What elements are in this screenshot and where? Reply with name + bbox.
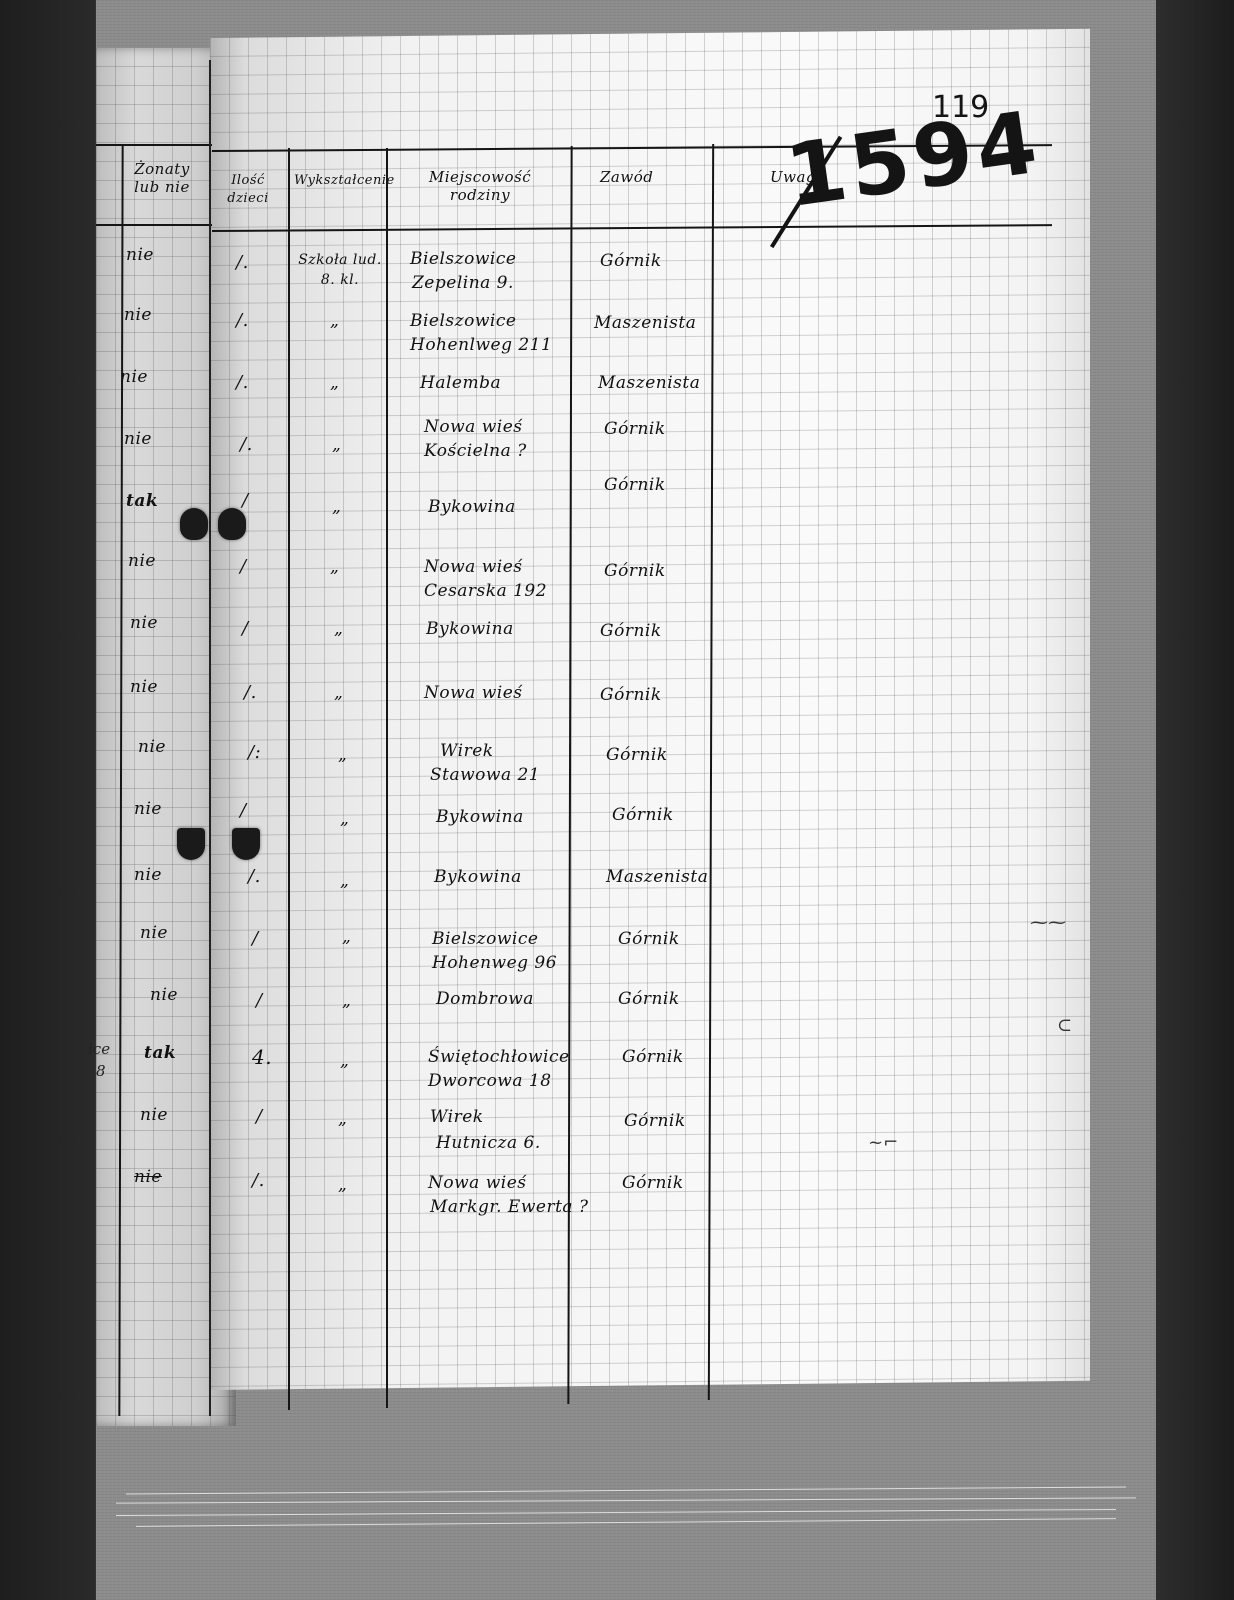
married-cell: tak — [126, 490, 158, 512]
married-cell: tak — [144, 1042, 176, 1064]
header-occupation: Zawód — [600, 168, 653, 186]
ink-doodle: ~⌐ — [868, 1132, 898, 1153]
children-cell: / — [256, 1106, 263, 1127]
married-cell: nie — [134, 1166, 162, 1188]
children-cell: / — [240, 556, 247, 577]
occupation-cell: Górnik — [600, 620, 662, 642]
education-cell: „ — [340, 808, 349, 830]
birthplace-line2: Hutnicza 6. — [436, 1132, 541, 1154]
children-cell: / — [242, 490, 249, 511]
birthplace-line1: Nowa wieś — [424, 682, 522, 704]
header-married: Żonaty lub nie — [122, 160, 202, 196]
education-cell: „ — [338, 744, 347, 766]
occupation-cell: Górnik — [622, 1046, 684, 1068]
education-cell: „ — [330, 310, 339, 332]
birthplace-line2: Kościelna ? — [424, 440, 527, 462]
birthplace-line1: Bielszowice — [432, 928, 538, 950]
birthplace-line1: Bykowina — [426, 618, 514, 640]
back-page-header-top-rule — [96, 144, 212, 146]
punch-hole — [180, 508, 208, 540]
birthplace-line2: Dworcowa 18 — [428, 1070, 552, 1092]
married-cell: nie — [134, 798, 162, 820]
birthplace-line1: Świętochłowice — [428, 1046, 570, 1068]
children-cell: / — [240, 800, 247, 821]
birthplace-line2: Hohenlweg 211 — [410, 334, 552, 356]
children-cell: /. — [236, 310, 249, 331]
children-cell: /. — [244, 682, 257, 703]
married-cell: nie — [140, 922, 168, 944]
married-cell: nie — [128, 550, 156, 572]
children-cell: /. — [252, 1170, 265, 1191]
ink-smudge-mark: ⁓⁓ — [1030, 912, 1066, 933]
birthplace-line1: Bielszowice — [410, 248, 516, 270]
birthplace-line2: Markgr. Ewerta ? — [430, 1196, 589, 1218]
children-cell: /. — [240, 434, 253, 455]
margin-fragment: ice — [88, 1040, 110, 1058]
children-cell: / — [256, 990, 263, 1011]
children-cell: / — [242, 618, 249, 639]
married-cell: nie — [124, 428, 152, 450]
education-cell: „ — [338, 1108, 347, 1130]
birthplace-line1: Dombrowa — [436, 988, 534, 1010]
column-rule-education — [386, 148, 388, 1408]
education-cell: „ — [340, 1050, 349, 1072]
occupation-cell: Górnik — [604, 560, 666, 582]
occupation-cell: Górnik — [600, 684, 662, 706]
married-cell: nie — [124, 304, 152, 326]
punch-hole — [232, 828, 260, 860]
birthplace-line1: Wirek — [430, 1106, 484, 1128]
children-cell: /. — [236, 252, 249, 273]
birthplace-line1: Bykowina — [436, 806, 524, 828]
children-cell: 4. — [252, 1046, 272, 1068]
education-cell: „ — [340, 870, 349, 892]
occupation-cell: Górnik — [618, 988, 680, 1010]
occupation-cell: Górnik — [600, 250, 662, 272]
occupation-cell: Górnik — [612, 804, 674, 826]
children-cell: / — [252, 928, 259, 949]
married-cell: nie — [138, 736, 166, 758]
birthplace-line1: Bykowina — [428, 496, 516, 518]
birthplace-line2: Stawowa 21 — [430, 764, 540, 786]
birthplace-line1: Nowa wieś — [428, 1172, 526, 1194]
back-page-edge-rule — [209, 60, 211, 1416]
occupation-cell: Górnik — [618, 928, 680, 950]
punch-hole — [218, 508, 246, 540]
back-page-header-bottom-rule — [96, 224, 212, 226]
education-cell: „ — [332, 496, 341, 518]
occupation-cell: Górnik — [604, 418, 666, 440]
education-cell: „ — [332, 434, 341, 456]
education-cell: Szkoła lud. 8. kl. — [294, 250, 386, 290]
education-cell: „ — [338, 1174, 347, 1196]
education-cell: „ — [342, 990, 351, 1012]
birthplace-line2: Cesarska 192 — [424, 580, 547, 602]
married-cell: nie — [130, 612, 158, 634]
married-cell: nie — [134, 864, 162, 886]
married-cell: nie — [140, 1104, 168, 1126]
education-cell: „ — [342, 926, 351, 948]
header-children: Ilość dzieci — [218, 172, 278, 208]
header-birthplace: Miejscowość rodziny — [405, 168, 555, 204]
married-cell: nie — [120, 366, 148, 388]
birthplace-line2: Zepelina 9. — [412, 272, 514, 294]
education-cell: „ — [330, 372, 339, 394]
occupation-cell: Górnik — [622, 1172, 684, 1194]
birthplace-line1: Nowa wieś — [424, 556, 522, 578]
birthplace-line1: Nowa wieś — [424, 416, 522, 438]
married-cell: nie — [150, 984, 178, 1006]
occupation-cell: Górnik — [604, 474, 666, 496]
children-cell: /. — [236, 372, 249, 393]
header-education: Wykształcenie — [294, 172, 384, 190]
occupation-cell: Górnik — [606, 744, 668, 766]
birthplace-line1: Bielszowice — [410, 310, 516, 332]
children-cell: /. — [248, 866, 261, 887]
married-cell: nie — [126, 244, 154, 266]
birthplace-line1: Halemba — [420, 372, 501, 394]
occupation-cell: Maszenista — [598, 372, 700, 394]
married-cell: nie — [130, 676, 158, 698]
education-cell: „ — [334, 682, 343, 704]
birthplace-line1: Wirek — [440, 740, 494, 762]
birthplace-line1: Bykowina — [434, 866, 522, 888]
occupation-cell: Maszenista — [594, 312, 696, 334]
column-rule-children — [288, 148, 290, 1410]
occupation-cell: Maszenista — [606, 866, 708, 888]
bracket-mark: ⊂ — [1057, 1015, 1072, 1036]
education-cell: „ — [330, 556, 339, 578]
children-cell: /: — [248, 742, 261, 763]
punch-hole — [177, 828, 205, 860]
education-cell: „ — [334, 618, 343, 640]
occupation-cell: Górnik — [624, 1110, 686, 1132]
margin-fragment: 8 — [96, 1062, 106, 1080]
birthplace-line2: Hohenweg 96 — [432, 952, 557, 974]
